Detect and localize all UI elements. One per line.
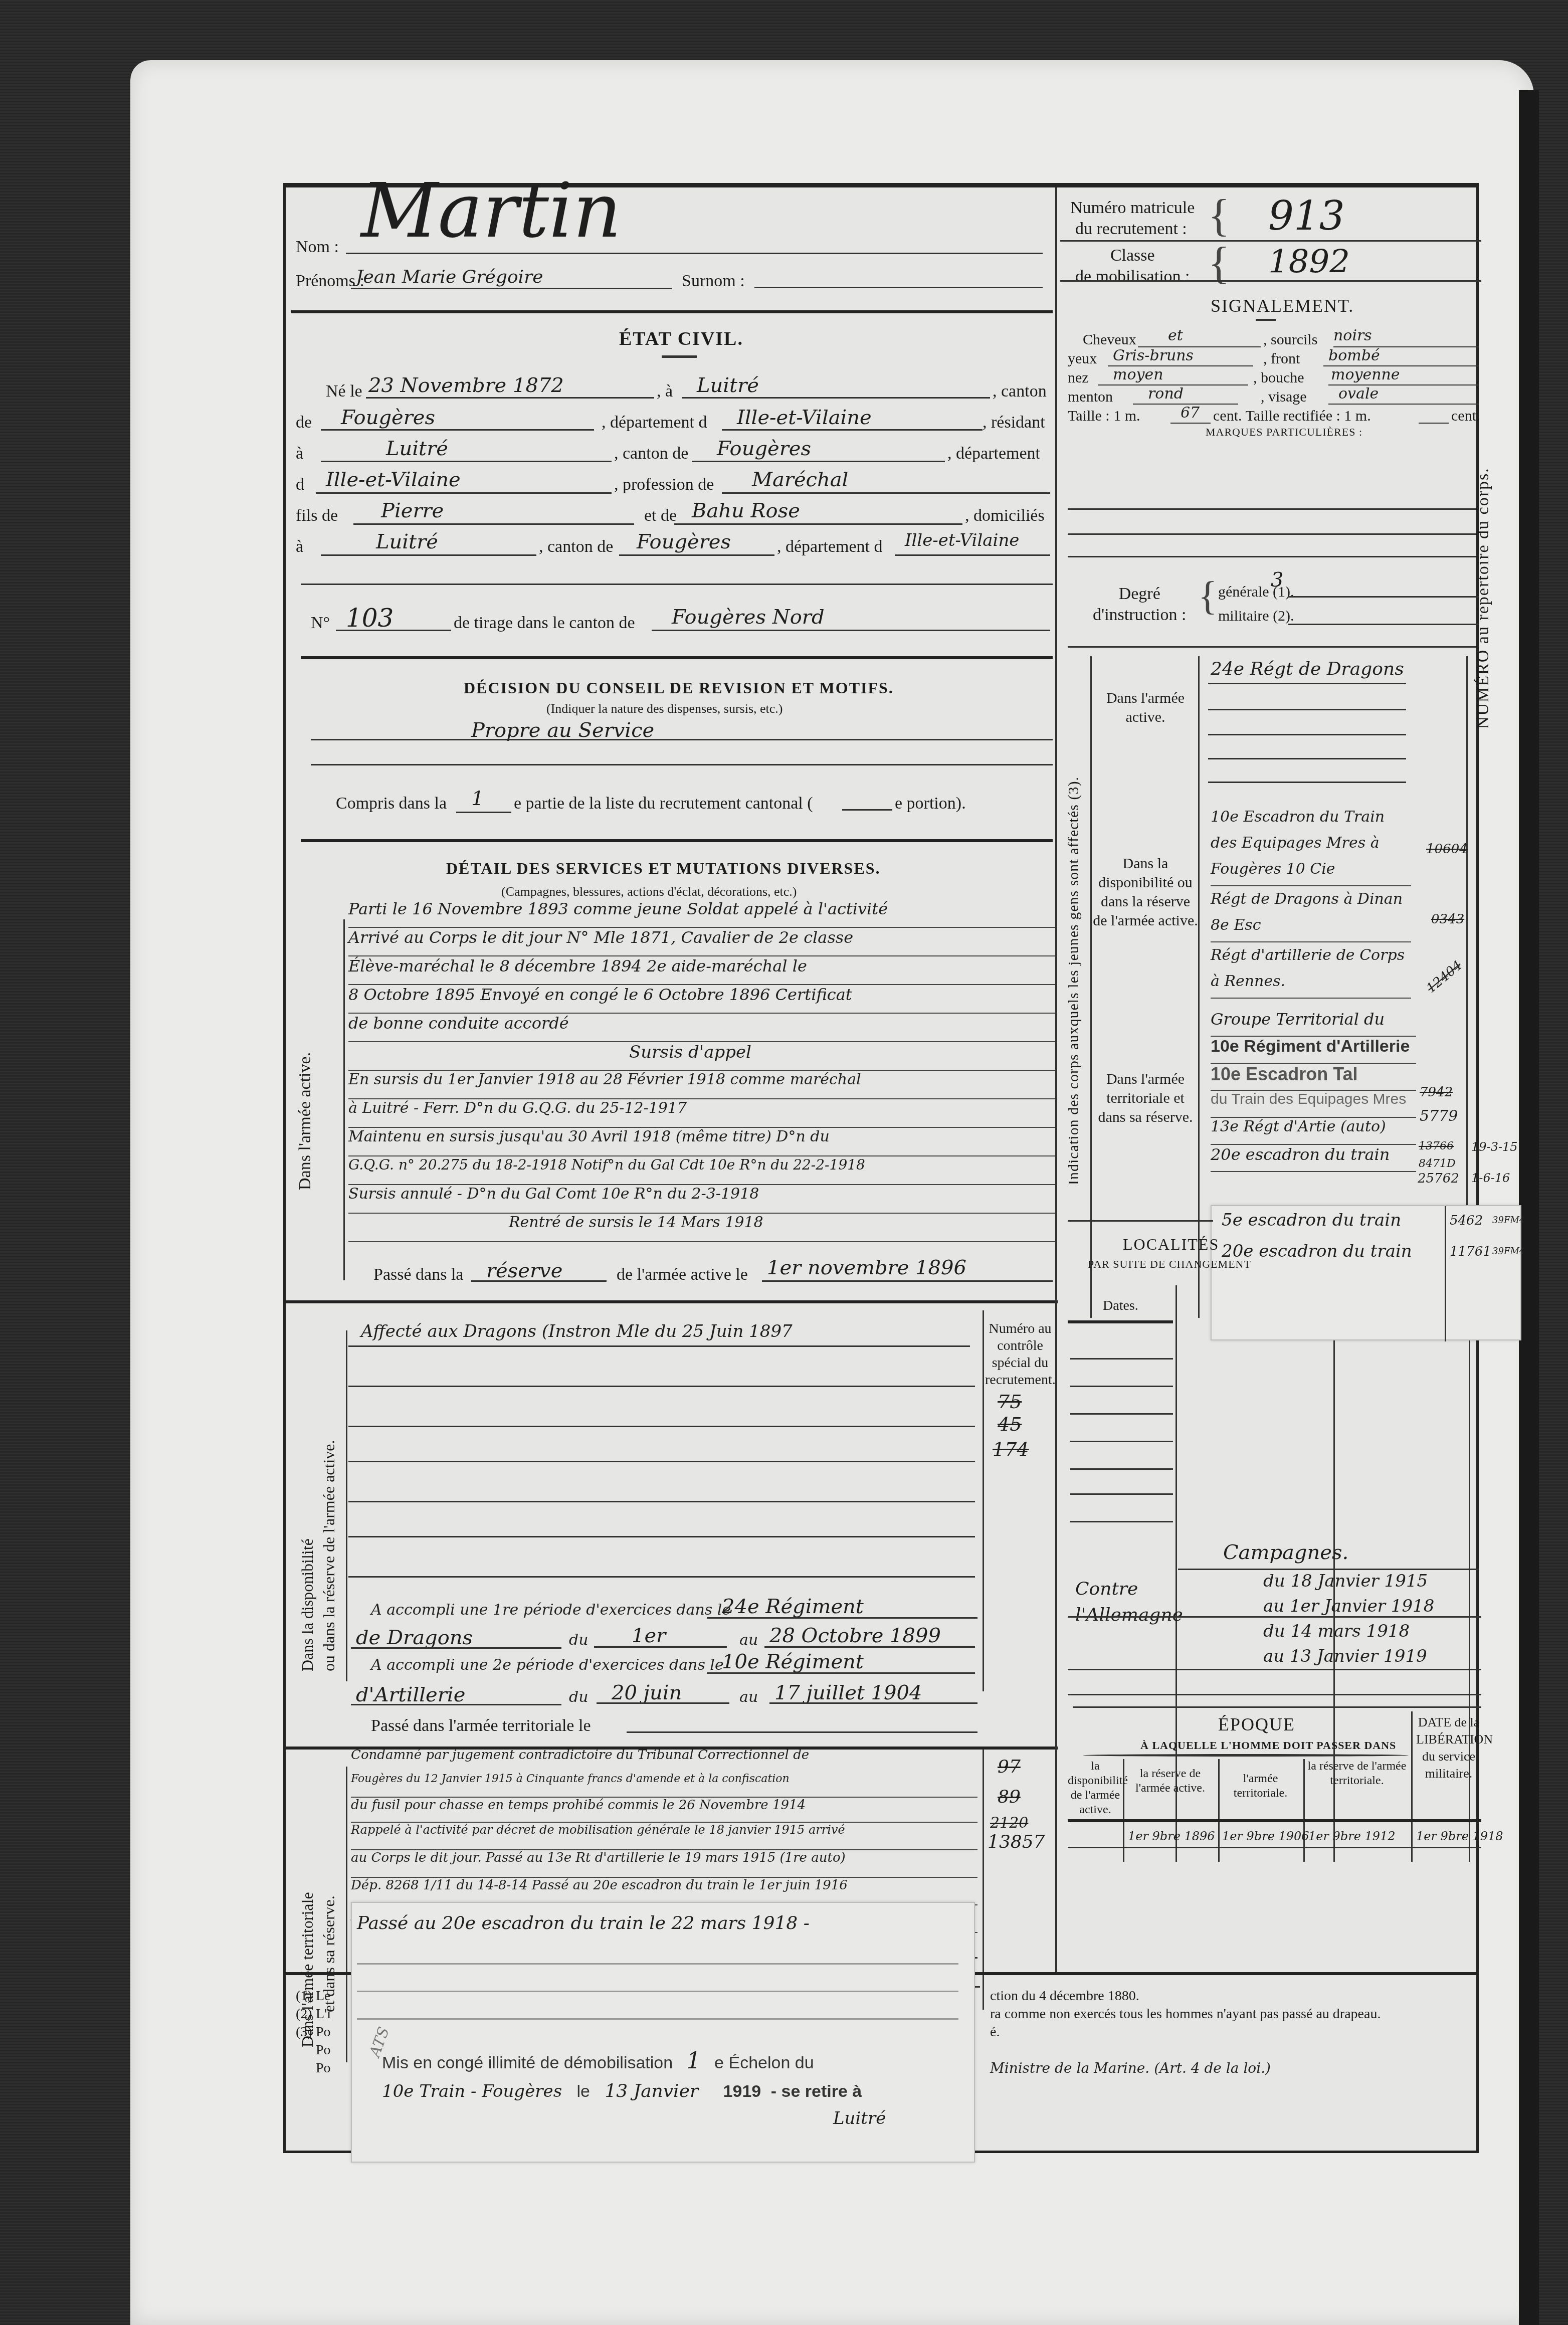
field-line (597, 1702, 729, 1704)
field-line (1068, 1847, 1481, 1848)
stamp-year: 1919 (723, 2082, 761, 2101)
numero-controle: 45 (998, 1413, 1022, 1435)
section-divider (286, 1300, 1058, 1303)
section-divider (1068, 1220, 1213, 1222)
footnote-number: (1) (296, 1987, 312, 2005)
service-line: 8 Octobre 1895 Envoyé en congé le 6 Octo… (348, 985, 1055, 1014)
visage-value: ovale (1338, 384, 1379, 404)
field-line (619, 554, 774, 556)
armee-active-date: 1er novembre 1896 (767, 1256, 966, 1279)
dispo-entries: 10e Escadron du Train des Equipages Mres… (1211, 804, 1411, 999)
numero-controle: 13857 (988, 1832, 1045, 1852)
classe-label-2: de mobilisation : (1075, 266, 1190, 287)
territoriale-line: Condamné par jugement contradictoire du … (351, 1748, 977, 1773)
territoriale-line: Rappelé à l'activité par décret de mobil… (351, 1823, 977, 1850)
terr-entry: 20e escadron du train (1211, 1145, 1416, 1172)
patch-line: Passé au 20e escadron du train le 22 mar… (357, 1913, 810, 1933)
service-line: Sursis annulé - D°n du Gal Comt 10e R°n … (348, 1185, 1055, 1214)
matricule-form: Nom : Martin Prénoms : Jean Marie Grégoi… (283, 183, 1479, 2153)
field-line (1208, 782, 1406, 783)
field-line (311, 764, 1053, 765)
field-line (353, 523, 634, 525)
section-divider (1073, 1706, 1481, 1708)
terr-numero: 25762 (1418, 1171, 1459, 1186)
generale-value: 3 (1271, 568, 1283, 592)
partie-suffix: e partie de la liste du recrutement cant… (514, 794, 813, 813)
periode1-label: A accompli une 1re période d'exercices d… (371, 1601, 731, 1619)
identity-divider (291, 310, 1053, 313)
field-line (682, 397, 990, 399)
faint-line (357, 1991, 958, 1992)
dispo-entry: Régt de Dragons à Dinan 8e Esc (1211, 886, 1411, 942)
field-line (1208, 709, 1406, 710)
field-line (652, 630, 1050, 631)
periode1-corps: 24e Régiment (722, 1595, 864, 1618)
surnom-label: Surnom : (682, 272, 745, 291)
liberation-header: DATE de la LIBÉRATION du service militai… (1416, 1714, 1481, 1782)
field-line (1068, 533, 1476, 535)
field-line (366, 397, 654, 399)
column-divider (1445, 1206, 1446, 1341)
territoriale-line: Fougères du 12 Janvier 1915 à Cinquante … (351, 1773, 977, 1798)
du-label: du (569, 1631, 589, 1649)
parents-canton: Fougères (637, 530, 731, 553)
et-de-label: et de (644, 506, 677, 525)
field-line (1070, 1468, 1173, 1470)
service-line: Sursis d'appel (348, 1042, 1055, 1071)
stamp-date: 13 Janvier (605, 2081, 698, 2101)
field-line (1068, 556, 1476, 557)
a-label: à (296, 444, 303, 463)
localites-title: LOCALITÉS (1123, 1235, 1219, 1254)
bracket-line (346, 1330, 347, 1681)
profession: Maréchal (752, 468, 848, 491)
au-label: au (1263, 1596, 1284, 1616)
portion-suffix: e portion). (895, 794, 966, 813)
page-binding-edge (1519, 90, 1539, 2325)
prenoms-value: Jean Marie Grégoire (356, 267, 543, 287)
field-line (722, 492, 1050, 494)
domicilies-label: , domiciliés (965, 506, 1045, 525)
signalement-title: SIGNALEMENT. (1211, 295, 1354, 316)
matricule-label-2: du recrutement : (1070, 219, 1195, 240)
nez-label: nez (1068, 368, 1089, 387)
au-label: au (739, 1631, 758, 1649)
field-line (1288, 624, 1479, 625)
du-label: du (569, 1688, 589, 1706)
footnote-number: (2) (296, 2005, 312, 2023)
parents-departement: Ille-et-Vilaine (905, 530, 1019, 550)
active-label: Dans l'armée active. (1093, 689, 1198, 727)
section-divider (1060, 280, 1481, 282)
brace-icon: { (1208, 190, 1230, 242)
numero-controle: 97 (998, 1757, 1021, 1777)
field-line (348, 1461, 975, 1462)
taille-value: 67 (1181, 404, 1200, 423)
birth-canton: Fougères (341, 406, 435, 429)
footnote-text: L'i (316, 2005, 331, 2023)
footnote-text: ra comme non exercés tous les hommes n'a… (990, 2005, 1381, 2023)
epoque-col-header: la disponibilité de l'armée active. (1068, 1759, 1123, 1817)
territoriale-line: au Corps le dit jour. Passé au 13e Rt d'… (351, 1850, 977, 1878)
instruction-label-2: d'instruction : (1093, 605, 1187, 626)
field-line (722, 429, 983, 431)
field-line (336, 630, 451, 631)
terr-entry-stamp: 10e Escadron Tal (1211, 1064, 1416, 1091)
field-line (348, 1536, 975, 1537)
footnote-text: ction du 4 décembre 1880. (990, 1987, 1139, 2005)
decision-subtitle: (Indiquer la nature des dispenses, sursi… (546, 701, 782, 716)
campagne-start: 14 mars 1918 (1290, 1621, 1410, 1641)
periode1-du: 1er (632, 1624, 666, 1647)
armee-active-side-label: Dans l'armée active. (296, 1052, 315, 1190)
field-line (316, 492, 612, 494)
footnote-text: Po (316, 2041, 331, 2059)
passe-label: Passé dans la (373, 1265, 463, 1284)
patch-numero: 11761 (1450, 1244, 1491, 1259)
field-line (762, 1280, 1053, 1282)
faint-line (357, 2018, 958, 2020)
de-label: de (296, 413, 312, 432)
bouche-label: , bouche (1253, 368, 1304, 387)
epoque-col-header: l'armée territoriale. (1219, 1772, 1302, 1801)
service-line: En sursis du 1er Janvier 1918 au 28 Févr… (348, 1071, 1055, 1099)
territoriale-label: Passé dans l'armée territoriale le (371, 1716, 591, 1735)
classe-label-1: Classe (1075, 245, 1190, 266)
brace-icon (1083, 1754, 1409, 1757)
terr-entry: 13e Régt d'Artie (auto) (1211, 1118, 1416, 1145)
stamp-corps: 10e Train - Fougères (382, 2081, 562, 2101)
title-rule (662, 355, 697, 358)
armee-active-label: de l'armée active le (617, 1265, 748, 1284)
epoque-col-header: la réserve de l'armée active. (1124, 1767, 1217, 1796)
dispo-entry: Régt d'artillerie de Corps à Rennes. (1211, 942, 1411, 999)
field-line (348, 1501, 975, 1502)
bracket-line (1198, 656, 1200, 1318)
front-label: , front (1263, 349, 1300, 368)
footnote-text: é. (990, 2023, 1000, 2041)
service-line: Rentré de sursis le 14 Mars 1918 (348, 1214, 1055, 1242)
footnote-text: Ministre de la Marine. (Art. 4 de la loi… (990, 2059, 1271, 2077)
father-name: Pierre (381, 499, 444, 522)
field-line (321, 461, 612, 462)
birth-date: 23 Novembre 1872 (368, 374, 564, 397)
terr-numero: 8471D (1419, 1157, 1456, 1170)
au-label: au (739, 1688, 758, 1706)
field-line (692, 461, 945, 462)
service-line: de bonne conduite accordé (348, 1014, 1055, 1042)
periode2-du: 20 juin (612, 1681, 682, 1704)
bracket-line (343, 919, 345, 1280)
column-divider (983, 1310, 984, 1691)
birth-departement: Ille-et-Vilaine (737, 406, 872, 429)
campagnes-title: Campagnes. (1223, 1541, 1348, 1564)
field-line (351, 1647, 561, 1649)
field-line (627, 1731, 977, 1733)
du-label: du (1263, 1571, 1285, 1591)
epoque-value: 1er 9bre 1906 (1222, 1829, 1309, 1843)
footnote-number: (3) (296, 2023, 312, 2041)
patch-date: 39FM4 (1492, 1215, 1525, 1226)
dispo-label: Dans la disponibilité ou dans la réserve… (1093, 854, 1198, 930)
menton-label: menton (1068, 387, 1113, 407)
canton-tirage: Fougères Nord (672, 606, 825, 629)
signalement-fields: Cheveux et , sourcils noirs yeux Gris-br… (1068, 330, 1479, 426)
field-line (1068, 1694, 1481, 1695)
footnote-text: Po (316, 2059, 331, 2077)
territoriale-line: Dép. 8268 1/11 du 14-8-14 Passé au 20e e… (351, 1878, 977, 1905)
disponibilite-side-label-2: ou dans la réserve de l'armée active. (320, 1440, 338, 1671)
campagne-end: 13 Janvier 1919 (1290, 1646, 1427, 1666)
terr-numero: 13766 (1419, 1140, 1454, 1152)
d-label: d (296, 475, 304, 494)
column-divider (1411, 1711, 1413, 1862)
canton-de-label: , canton de (614, 444, 688, 463)
numero-label: N° (311, 614, 330, 633)
bracket-line (1090, 656, 1092, 1318)
field-line (348, 1426, 975, 1427)
campagnes-list: du 18 Janvier 1915 au 1er Janvier 1918 d… (1263, 1571, 1484, 1671)
decision-title: DÉCISION DU CONSEIL DE REVISION ET MOTIF… (464, 679, 894, 697)
field-line (707, 1672, 975, 1674)
terr-date: 19-3-15 (1471, 1140, 1518, 1154)
menton-value: rond (1148, 384, 1184, 404)
terr-numero: 5779 (1420, 1107, 1458, 1125)
terr-entry: Groupe Territorial du (1211, 1010, 1416, 1037)
nez-value: moyen (1113, 365, 1163, 384)
visage-label: , visage (1261, 387, 1307, 407)
stamp-lieu: Luitré (833, 2108, 886, 2128)
instruction-label: Degré d'instruction : (1093, 584, 1187, 626)
marques-label: MARQUES PARTICULIÈRES : (1206, 426, 1362, 439)
field-line (1208, 734, 1406, 735)
du-label: du (1263, 1621, 1285, 1641)
residence-departement: Ille-et-Vilaine (326, 468, 461, 491)
field-line (456, 812, 511, 813)
canton-label: , canton (993, 382, 1047, 401)
numero-controle: 2120 (990, 1814, 1028, 1832)
birth-place: Luitré (697, 374, 759, 397)
departement-label: , département (947, 444, 1040, 463)
territoriale-line: du fusil pour chasse en temps prohibé co… (351, 1798, 977, 1823)
numero-repertoire-header: NUMÉRO au répertoire du corps. (1474, 467, 1493, 729)
field-line (1070, 1413, 1173, 1415)
field-line (1070, 1521, 1173, 1522)
header-rule (1068, 1320, 1173, 1323)
main-column-divider (1055, 187, 1057, 1972)
header-rule (1068, 1819, 1481, 1822)
stamp-text: Mis en congé illimité de démobilisation (382, 2053, 673, 2072)
classe-value: 1892 (1268, 244, 1350, 281)
periode2-corps-2: d'Artillerie (356, 1683, 465, 1706)
numero-controle: 174 (993, 1438, 1029, 1460)
services-title: DÉTAIL DES SERVICES ET MUTATIONS DIVERSE… (446, 859, 881, 878)
terr-label: Dans l'armée territoriale et dans sa rés… (1095, 1070, 1196, 1127)
field-line (348, 1576, 975, 1578)
field-line (764, 1646, 975, 1648)
field-line (1068, 1616, 1481, 1618)
demob-stamp-line2: 10e Train - Fougères le 13 Janvier 1919 … (382, 2081, 862, 2101)
field-line (707, 1617, 977, 1619)
nom-label: Nom : (296, 238, 339, 257)
campagne-end: 1er Janvier 1918 (1290, 1596, 1434, 1616)
field-line (1070, 1358, 1173, 1360)
militaire-label: militaire (2). (1218, 608, 1294, 625)
taille-label: Taille : 1 m. (1068, 407, 1140, 426)
field-line (321, 429, 594, 431)
terr-entries: Groupe Territorial du 10e Régiment d'Art… (1211, 1010, 1416, 1172)
cheveux-value: et (1168, 326, 1183, 345)
nom-line (346, 253, 1043, 254)
pasted-correction-slip: 5e escadron du train 20e escadron du tra… (1211, 1205, 1521, 1340)
periode2-au: 17 juillet 1904 (774, 1681, 922, 1704)
field-line (351, 1704, 561, 1705)
localites-subtitle: PAR SUITE DE CHANGEMENT (1088, 1258, 1251, 1271)
service-line: Arrivé au Corps le dit jour N° Mle 1871,… (348, 928, 1055, 956)
yeux-value: Gris-bruns (1113, 346, 1194, 365)
stamp-text: e Échelon du (714, 2053, 814, 2072)
compris-label: Compris dans la (336, 794, 447, 813)
parents-residence: Luitré (376, 530, 438, 553)
section-divider (301, 584, 1053, 585)
departement-label: , département d (777, 537, 883, 556)
pasted-demobilisation-slip: Passé au 20e escadron du train le 22 mar… (351, 1902, 975, 2163)
dispo-numero: 0343 (1431, 912, 1464, 927)
sourcils-label: , sourcils (1263, 330, 1317, 349)
epoque-value: 1er 9bre 1896 (1128, 1829, 1215, 1843)
field-line (895, 554, 1050, 556)
service-line: Élève-maréchal le 8 décembre 1894 2e aid… (348, 956, 1055, 985)
matricule-label: Numéro matricule du recrutement : (1070, 198, 1195, 240)
matricule-label-1: Numéro matricule (1070, 198, 1195, 219)
field-line (1070, 1441, 1173, 1442)
numero-controle: 89 (998, 1787, 1021, 1807)
corps-side-label: Indication des corps auxquels les jeunes… (1065, 777, 1082, 1185)
dispo-entry: 10e Escadron du Train des Equipages Mres… (1211, 804, 1411, 886)
profession-label: , profession de (614, 475, 714, 494)
terr-numero: 7942 (1420, 1085, 1453, 1100)
campagne-label: Contre l'Allemagne (1075, 1576, 1175, 1628)
field-line (1178, 1569, 1479, 1570)
yeux-label: yeux (1068, 349, 1097, 368)
faint-line (357, 1963, 958, 1965)
periode2-label: A accompli une 2e période d'exercices da… (371, 1656, 724, 1674)
sourcils-value: noirs (1333, 326, 1372, 345)
residence-canton: Fougères (717, 437, 811, 460)
dispo-numero: 12404 (1424, 958, 1465, 996)
ne-le-label: Né le (326, 382, 362, 401)
field-line (321, 554, 536, 556)
field-line (1208, 683, 1406, 684)
surnom-line (754, 287, 1043, 288)
epoque-col-header: la réserve de l'armée territoriale. (1304, 1759, 1410, 1788)
dates-header: Dates. (1103, 1298, 1138, 1314)
active-corps: 24e Régt de Dragons (1211, 659, 1404, 679)
etat-civil-title: ÉTAT CIVIL. (619, 328, 743, 350)
fils-de-label: fils de (296, 506, 338, 525)
campagne-row: au 13 Janvier 1919 (1263, 1646, 1484, 1671)
field-line (769, 1702, 977, 1704)
section-divider (301, 839, 1053, 842)
field-line (1068, 508, 1476, 510)
a-label: , à (657, 382, 673, 401)
field-line (1070, 1386, 1173, 1387)
campagne-row: du 18 Janvier 1915 (1263, 1571, 1484, 1596)
service-line: G.Q.G. n° 20.275 du 18-2-1918 Notif°n du… (348, 1156, 1055, 1185)
partie-value: 1 (471, 787, 484, 810)
services-lines: Parti le 16 Novembre 1893 comme jeune So… (348, 899, 1055, 1242)
liberation-value: 1er 9bre 1918 (1416, 1829, 1503, 1843)
residence: Luitré (386, 437, 448, 460)
title-rule (1256, 319, 1276, 321)
au-label: au (1263, 1646, 1284, 1666)
footnote-text: Po (316, 2023, 331, 2041)
a-label: à (296, 537, 303, 556)
section-divider (301, 656, 1053, 659)
column-divider (983, 1749, 984, 2010)
cent-label: cent. Taille rectifiée : 1 m. (1213, 407, 1371, 426)
prenoms-line (351, 288, 672, 289)
brace-icon: { (1198, 573, 1217, 619)
section-divider (1060, 240, 1481, 242)
campagne-start: 18 Janvier 1915 (1290, 1571, 1428, 1591)
mother-name: Bahu Rose (692, 499, 800, 522)
numero-tirage: 103 (346, 604, 394, 633)
field-line (1208, 758, 1406, 759)
section-divider (1068, 646, 1476, 648)
field-line (311, 739, 1053, 740)
cent-label: cent. (1451, 407, 1480, 426)
field-line (1288, 596, 1479, 598)
field-line (594, 1646, 727, 1648)
front-value: bombé (1328, 346, 1380, 365)
dispo-numero: 10604 (1426, 842, 1468, 857)
periode1-au: 28 Octobre 1899 (769, 1624, 941, 1647)
patch-entry: 5e escadron du train (1222, 1210, 1401, 1230)
nom-value: Martin (361, 167, 622, 255)
canton-de-label: , canton de (539, 537, 613, 556)
epoque-title: ÉPOQUE (1218, 1714, 1295, 1735)
passe-value: réserve (486, 1259, 562, 1282)
campagne-row: du 14 mars 1918 (1263, 1621, 1484, 1646)
tirage-label: de tirage dans le canton de (454, 614, 635, 633)
portion-line (842, 809, 892, 811)
departement-label: , département d (602, 413, 707, 432)
matricule-value: 913 (1268, 192, 1345, 239)
periode2-corps: 10e Régiment (722, 1650, 864, 1673)
stamp-text: le (577, 2082, 590, 2101)
epoque-subtitle: À LAQUELLE L'HOMME DOIT PASSER DANS (1140, 1739, 1396, 1752)
field-line (1070, 1493, 1173, 1495)
service-line: Maintenu en sursis jusqu'au 30 Avril 191… (348, 1128, 1055, 1156)
patch-date: 39FM4 (1492, 1246, 1525, 1257)
field-line (348, 1345, 970, 1347)
demob-stamp-line1: Mis en congé illimité de démobilisation … (382, 2048, 814, 2074)
stamp-echelon: 1 (687, 2048, 701, 2074)
epoque-value: 1er 9bre 1912 (1308, 1829, 1396, 1843)
residant-label: , résidant (983, 413, 1045, 432)
periode1-corps-2: de Dragons (356, 1626, 473, 1649)
services-subtitle: (Campagnes, blessures, actions d'éclat, … (501, 884, 797, 899)
field-line (674, 523, 962, 525)
instruction-label-1: Degré (1093, 584, 1187, 605)
footnote-text: Le (316, 1987, 331, 2005)
numero-controle-header: Numéro au contrôle spécial du recrutemen… (985, 1320, 1055, 1389)
terr-date: 1-6-16 (1471, 1171, 1510, 1185)
numero-controle: 75 (998, 1391, 1022, 1413)
bouche-value: moyenne (1331, 365, 1400, 384)
stamp-text: - se retire à (771, 2082, 862, 2101)
